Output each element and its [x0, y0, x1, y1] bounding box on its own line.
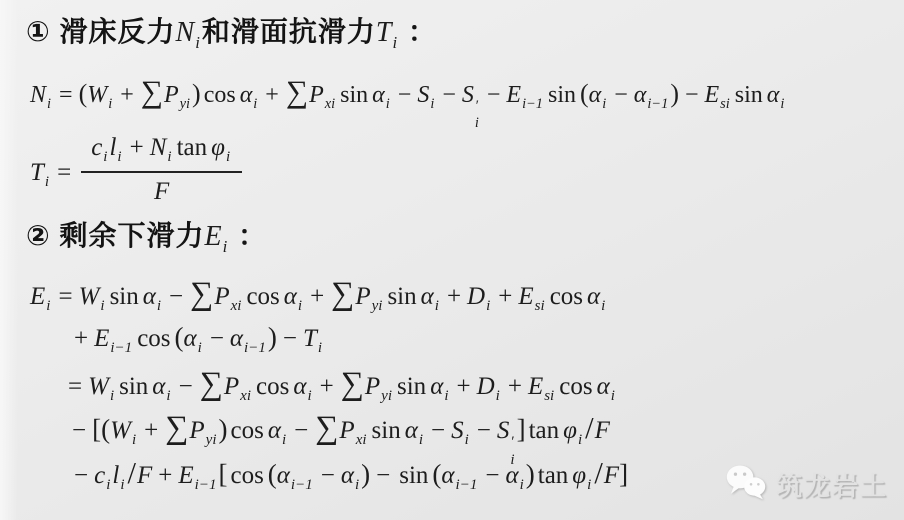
math-token: tan — [174, 134, 212, 161]
math-token: F — [604, 462, 619, 489]
math-token: / — [593, 462, 603, 489]
math-token: sin — [116, 373, 152, 400]
math-token: αi — [430, 373, 450, 400]
math-token: ci — [94, 462, 112, 489]
formula-ei-line-5: −cili/F+Ei−1[cos(αi−1−αi)−sin(αi−1−αi)ta… — [68, 456, 628, 494]
formula-ei-line-2: +Ei−1cos(αi−αi−1)−Ti — [68, 322, 324, 357]
math-token: − — [66, 417, 92, 444]
math-token: Ti — [303, 325, 324, 352]
math-token: cos — [134, 325, 174, 352]
math-token: S′i — [462, 82, 481, 108]
math-token: Si — [451, 417, 471, 444]
math-token: Ei−1 — [94, 325, 134, 352]
math-token: αi — [505, 462, 525, 489]
math-token: cos — [556, 373, 596, 400]
math-token: ( — [175, 325, 184, 352]
math-token: Pxi — [309, 82, 337, 108]
math-token: αi — [421, 283, 441, 310]
math-token: − — [471, 417, 497, 444]
math-token: αi — [240, 82, 260, 108]
math-token: − — [277, 325, 303, 352]
math-token: − — [173, 373, 199, 400]
math-token: Ti — [376, 17, 399, 48]
math-token: Ni — [150, 134, 174, 161]
math-token: ] — [517, 417, 526, 444]
math-token: − — [288, 417, 314, 444]
math-token: ( — [79, 82, 88, 108]
math-token: sin — [337, 82, 372, 108]
math-token: 和滑面抗滑力 — [202, 17, 376, 48]
math-token: sin — [384, 283, 420, 310]
math-token: − — [204, 325, 230, 352]
fraction: cili+NitanφiF — [81, 134, 242, 206]
math-token: − — [370, 462, 396, 489]
math-token: αi — [143, 283, 163, 310]
math-token: cos — [253, 373, 293, 400]
math-token: − — [481, 82, 507, 108]
watermark: 筑龙岩土 — [724, 463, 888, 506]
math-token: Ei−1 — [178, 462, 218, 489]
math-token: / — [127, 462, 137, 489]
math-token: Si — [417, 82, 436, 108]
math-token: ) — [670, 82, 679, 108]
math-token: Pyi — [355, 283, 384, 310]
math-token: ) — [219, 417, 228, 444]
math-token: li — [109, 134, 123, 161]
math-token: αi — [184, 325, 204, 352]
math-token: ∑ — [330, 283, 355, 310]
math-token: ② 剩余下滑力 — [26, 221, 205, 252]
math-token: ∑ — [140, 82, 164, 108]
wechat-icon — [724, 463, 768, 506]
math-token: αi−1 — [230, 325, 268, 352]
math-token: + — [152, 462, 178, 489]
math-token: cos — [201, 82, 240, 108]
math-token: li — [112, 462, 126, 489]
math-token: Wi — [110, 417, 138, 444]
math-token: ∑ — [285, 82, 309, 108]
math-token: ) — [192, 82, 201, 108]
math-token: αi — [405, 417, 425, 444]
math-token: F — [154, 178, 169, 205]
math-token: Esi — [518, 283, 546, 310]
math-token: cos — [243, 283, 283, 310]
math-token: ( — [101, 417, 110, 444]
math-token: sin — [396, 462, 432, 489]
math-token: cos — [228, 417, 268, 444]
math-token: Pyi — [189, 417, 218, 444]
math-token: αi — [152, 373, 172, 400]
math-token: F — [595, 417, 610, 444]
math-token: + — [304, 283, 330, 310]
math-token: αi−1 — [277, 462, 315, 489]
math-token: Ni — [30, 82, 53, 108]
math-token: Ei — [30, 283, 52, 310]
math-token: φi — [572, 462, 593, 489]
math-token: Pyi — [164, 82, 192, 108]
math-token: ∑ — [314, 417, 339, 444]
math-token: / — [584, 417, 594, 444]
math-token: Wi — [88, 373, 116, 400]
watermark-label: 筑龙岩土 — [776, 466, 888, 503]
formula-bed-reaction-ni: Ni=(Wi+∑Pyi)cosαi+∑Pxisinαi−Si−S′i−Ei−1s… — [30, 74, 786, 131]
slide-page: ① 滑床反力Ni和滑面抗滑力Ti ： Ni=(Wi+∑Pyi)cosαi+∑Px… — [0, 0, 904, 520]
math-token: Wi — [87, 82, 114, 108]
math-token: cos — [547, 283, 587, 310]
math-token: ∑ — [164, 417, 189, 444]
math-token: − — [163, 283, 189, 310]
math-token: αi — [268, 417, 288, 444]
math-token: tan — [535, 462, 573, 489]
math-token: αi−1 — [441, 462, 479, 489]
math-token: Ti — [30, 159, 51, 186]
math-token: Pxi — [224, 373, 253, 400]
math-token: = — [51, 159, 77, 186]
math-token: Esi — [705, 82, 732, 108]
math-token: = — [52, 283, 78, 310]
math-token: − — [425, 417, 451, 444]
math-token: + — [314, 373, 340, 400]
math-token: sin — [545, 82, 580, 108]
math-token: − — [315, 462, 341, 489]
math-token: ( — [580, 82, 589, 108]
math-token: αi — [597, 373, 617, 400]
math-token: ) — [361, 462, 370, 489]
math-token: ① 滑床反力 — [26, 17, 176, 48]
section-2-heading: ② 剩余下滑力Ei ： — [26, 214, 267, 257]
math-token: αi — [767, 82, 787, 108]
math-token: ： — [229, 221, 267, 252]
section-1-heading: ① 滑床反力Ni和滑面抗滑力Ti ： — [26, 10, 437, 53]
formula-ei-line-1: Ei=Wisinαi−∑Pxicosαi+∑Pyisinαi+Di+Esicos… — [30, 276, 607, 315]
math-token: αi — [284, 283, 304, 310]
math-token: − — [608, 82, 634, 108]
math-token: + — [502, 373, 528, 400]
math-token: αi−1 — [634, 82, 671, 108]
math-token: Di — [467, 283, 492, 310]
math-token: ： — [399, 17, 437, 48]
math-token: S′i — [497, 417, 517, 444]
math-token: ) — [526, 462, 535, 489]
math-token: Ni — [176, 17, 202, 48]
math-token: − — [679, 82, 705, 108]
math-token: αi — [587, 283, 607, 310]
math-token: ) — [268, 325, 277, 352]
math-token: sin — [732, 82, 767, 108]
math-token: φi — [211, 134, 232, 161]
math-token: + — [114, 82, 140, 108]
math-token: − — [479, 462, 505, 489]
math-token: Ei−1 — [506, 82, 545, 108]
math-token: αi — [372, 82, 392, 108]
formula-antislide-ti: Ti=cili+NitanφiF — [30, 138, 246, 210]
math-token: [ — [92, 417, 101, 444]
math-token: Ei — [205, 221, 230, 252]
math-token: + — [441, 283, 467, 310]
math-token: αi — [341, 462, 361, 489]
math-token: φi — [563, 417, 584, 444]
math-token: ci — [91, 134, 109, 161]
math-token: tan — [526, 417, 564, 444]
math-token: αi — [293, 373, 313, 400]
math-token: − — [68, 462, 94, 489]
math-token: Pyi — [365, 373, 394, 400]
math-token: Pxi — [339, 417, 368, 444]
math-token: sin — [394, 373, 430, 400]
math-token: sin — [107, 283, 143, 310]
math-token: cos — [227, 462, 267, 489]
math-token: + — [450, 373, 476, 400]
math-token: − — [392, 82, 418, 108]
math-token: + — [138, 417, 164, 444]
math-token: ] — [619, 462, 628, 489]
math-token: ∑ — [199, 373, 224, 400]
math-token: ∑ — [189, 283, 214, 310]
math-token: ( — [268, 462, 277, 489]
math-token: Pxi — [214, 283, 243, 310]
math-token: + — [68, 325, 94, 352]
math-token: = — [62, 373, 88, 400]
math-token: + — [492, 283, 518, 310]
math-token: − — [436, 82, 462, 108]
math-token: ∑ — [340, 373, 365, 400]
math-token: Esi — [528, 373, 556, 400]
math-token: αi — [589, 82, 609, 108]
math-token: + — [259, 82, 285, 108]
math-token: + — [124, 134, 150, 161]
formula-ei-line-3: =Wisinαi−∑Pxicosαi+∑Pyisinαi+Di+Esicosαi — [62, 366, 617, 405]
math-token: Di — [477, 373, 502, 400]
math-token: Wi — [79, 283, 107, 310]
math-token: sin — [369, 417, 405, 444]
math-token: F — [137, 462, 152, 489]
math-token: = — [53, 82, 79, 108]
